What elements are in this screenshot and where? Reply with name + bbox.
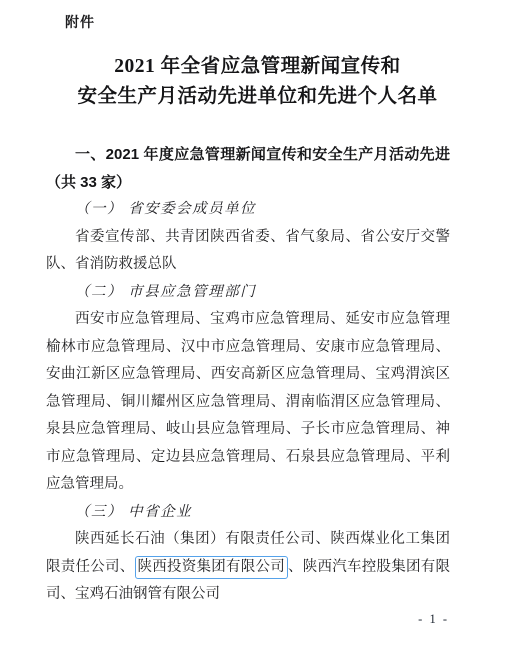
paragraph-line-with-highlight: 限责任公司、陕西投资集团有限公司、陕西汽车控股集团有限公 <box>46 554 450 582</box>
paragraph-line: 陕西延长石油（集团）有限责任公司、陕西煤业化工集团有 <box>46 526 450 554</box>
paragraph-line: 榆林市应急管理局、汉中市应急管理局、安康市应急管理局、西 <box>46 334 450 362</box>
paragraph-line: 省委宣传部、共青团陕西省委、省气象局、省公安厅交警总 <box>46 224 450 252</box>
text-before-highlight: 限责任公司、 <box>46 559 135 575</box>
document-page: 附件 2021 年全省应急管理新闻宣传和 安全生产月活动先进单位和先进个人名单 … <box>0 0 515 661</box>
subsection-heading-3: （三） 中省企业 <box>46 499 450 527</box>
paragraph-line: 队、省消防救援总队 <box>46 251 450 279</box>
document-body: 一、2021 年度应急管理新闻宣传和安全生产月活动先进单位 （共 33 家） （… <box>46 141 450 609</box>
page-number: - 1 - <box>418 612 449 627</box>
section-heading-count: （共 33 家） <box>46 169 450 197</box>
subsection-heading-1: （一） 省安委会成员单位 <box>46 196 450 224</box>
paragraph-line: 司、宝鸡石油钢管有限公司 <box>46 581 450 609</box>
paragraph-line: 泉县应急管理局、岐山县应急管理局、子长市应急管理局、神木 <box>46 416 450 444</box>
title-line-1: 2021 年全省应急管理新闻宣传和 <box>0 52 515 82</box>
subsection-heading-2: （二） 市县应急管理部门 <box>46 279 450 307</box>
paragraph-line: 应急管理局。 <box>46 471 450 499</box>
document-title: 2021 年全省应急管理新闻宣传和 安全生产月活动先进单位和先进个人名单 <box>0 52 515 112</box>
paragraph-line: 西安市应急管理局、宝鸡市应急管理局、延安市应急管理局、 <box>46 306 450 334</box>
paragraph-line: 市应急管理局、定边县应急管理局、石泉县应急管理局、平利县 <box>46 444 450 472</box>
paragraph-line: 急管理局、铜川耀州区应急管理局、渭南临渭区应急管理局、礼 <box>46 389 450 417</box>
title-line-2: 安全生产月活动先进单位和先进个人名单 <box>0 82 515 112</box>
attachment-label: 附件 <box>65 12 95 32</box>
section-heading: 一、2021 年度应急管理新闻宣传和安全生产月活动先进单位 <box>46 141 450 169</box>
paragraph-line: 安曲江新区应急管理局、西安高新区应急管理局、宝鸡渭滨区应 <box>46 361 450 389</box>
highlighted-company[interactable]: 陕西投资集团有限公司 <box>135 556 289 579</box>
